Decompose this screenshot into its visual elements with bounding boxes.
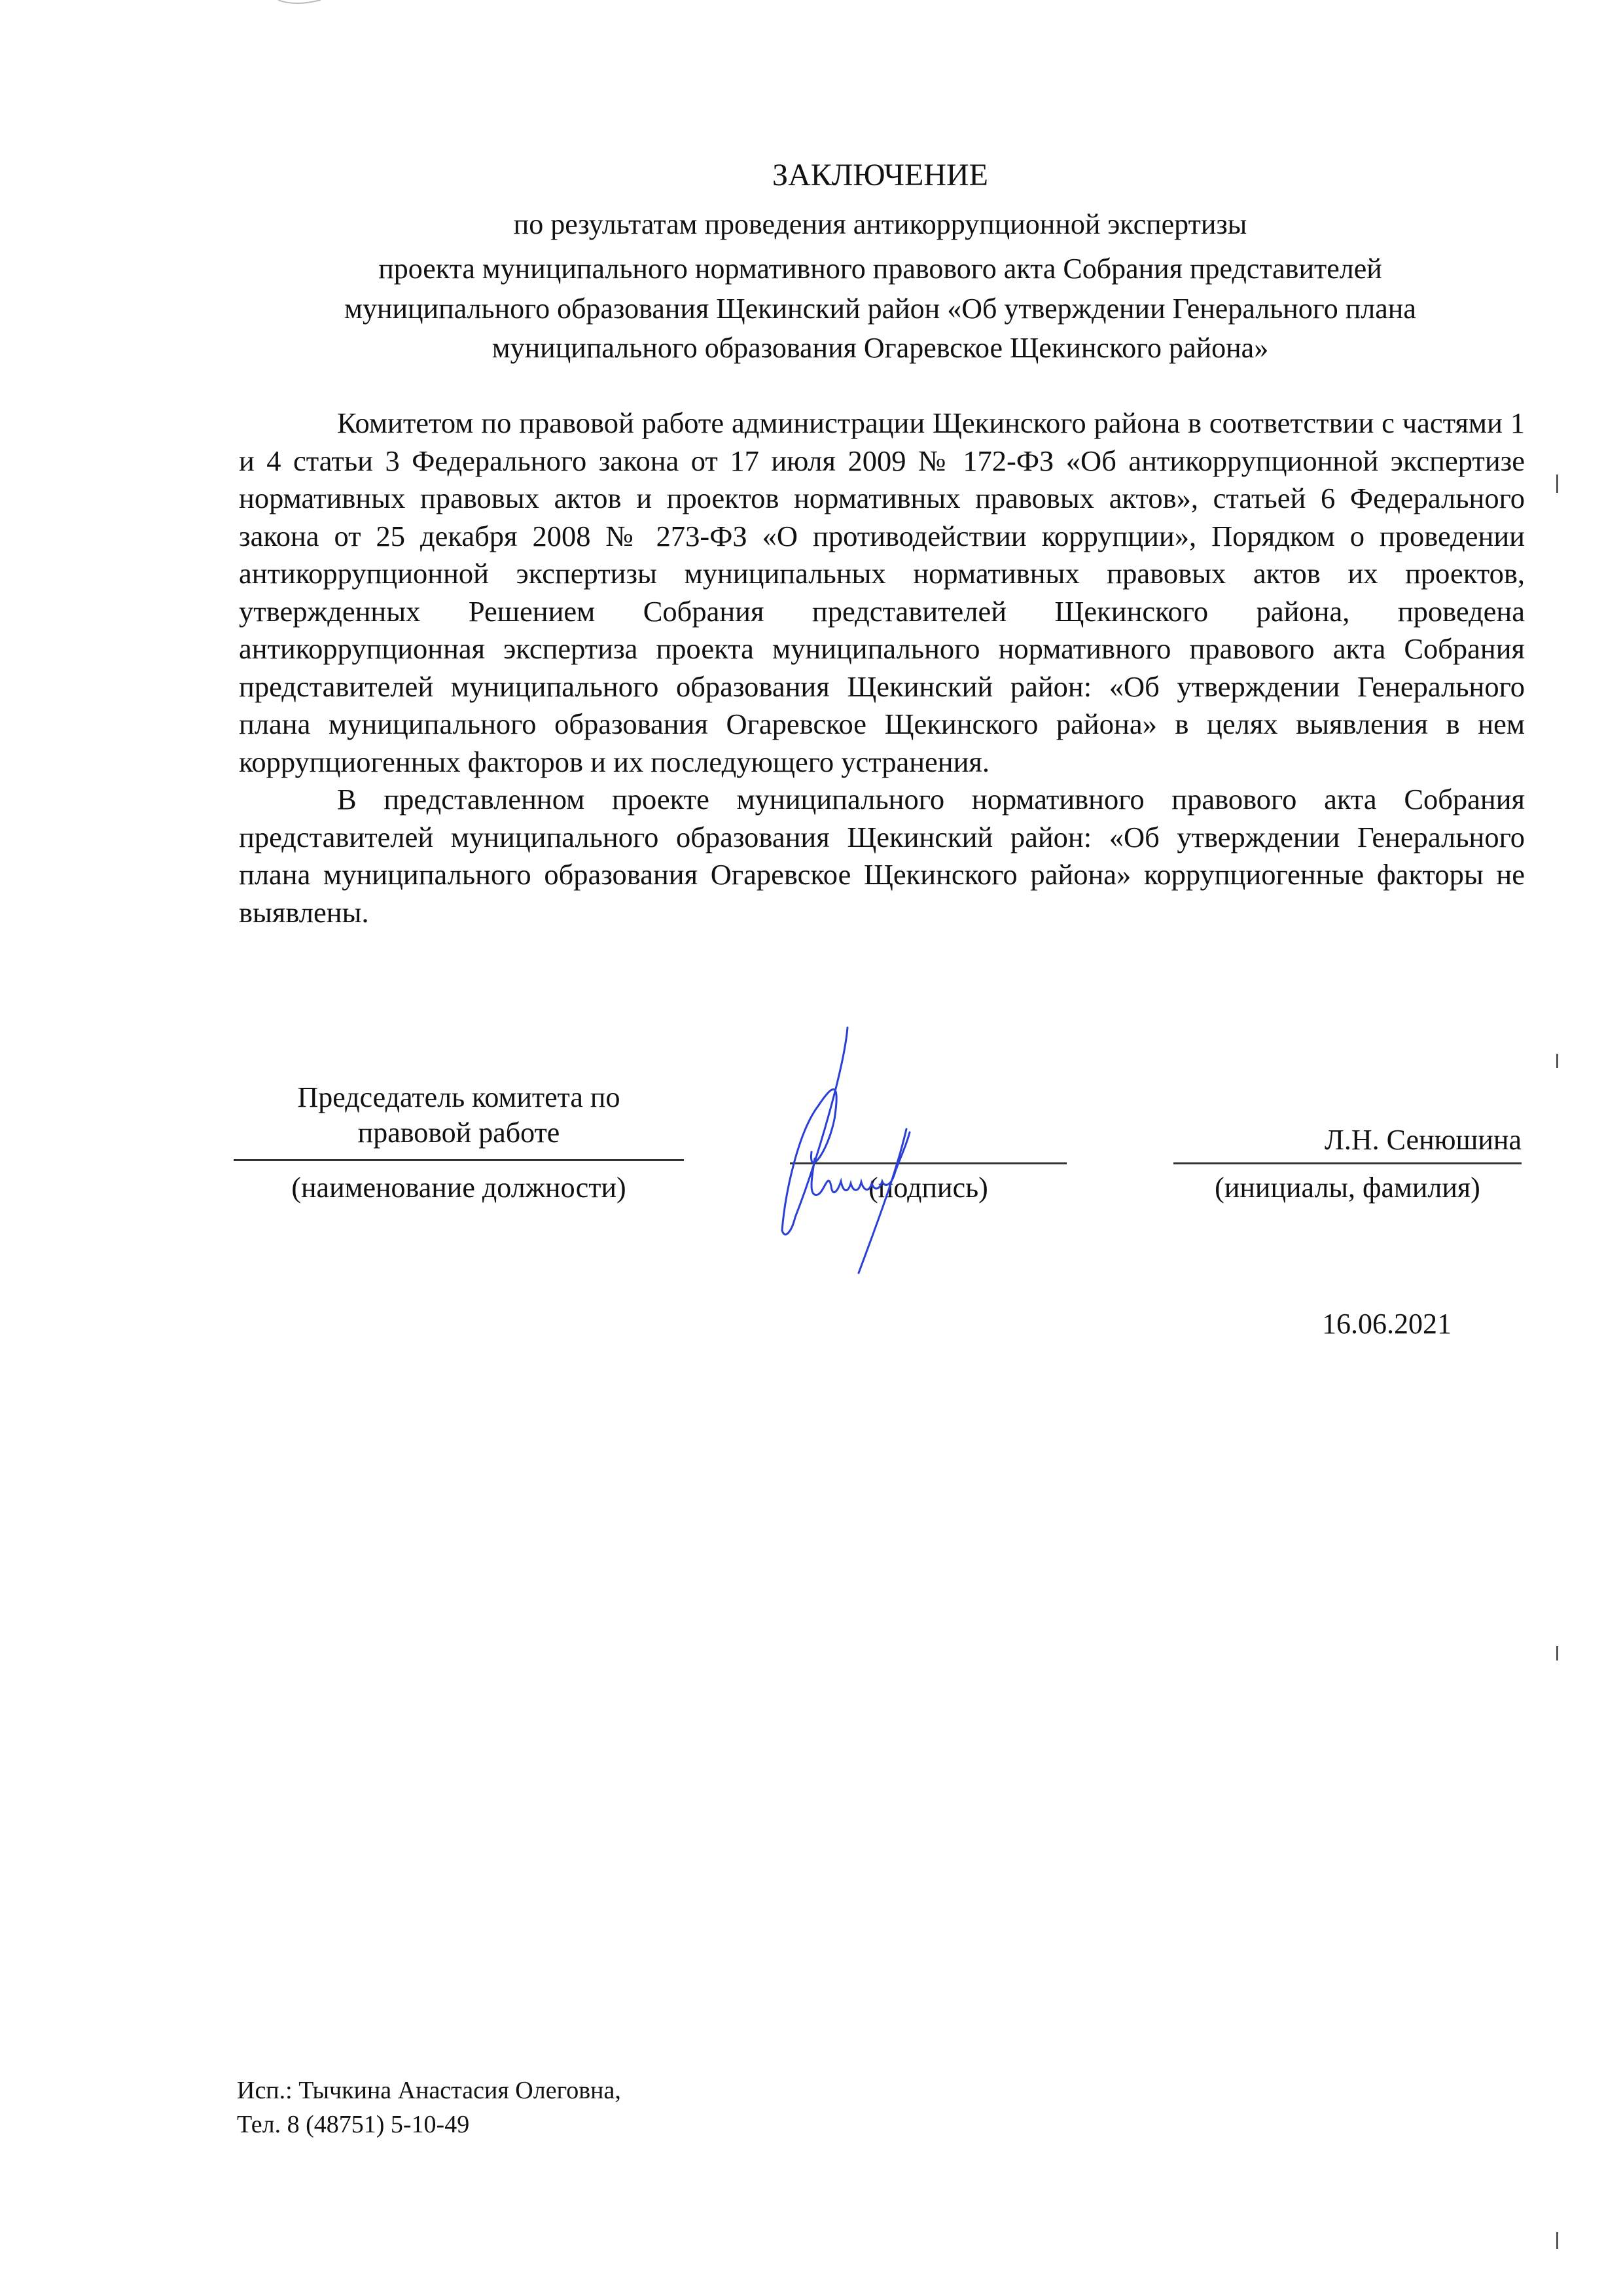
scan-mark (1556, 475, 1558, 493)
subtitle-line-4: муниципального образования Огаревское Ще… (0, 330, 1623, 367)
scan-mark (1556, 1054, 1558, 1068)
position-title: Председатель комитета по правовой работе (234, 1080, 684, 1151)
subtitle-line-2: проекта муниципального нормативного прав… (0, 251, 1623, 287)
subtitle-line-3: муниципального образования Щекинский рай… (0, 291, 1623, 327)
name-underline (1173, 1162, 1522, 1164)
executor-phone: Тел. 8 (48751) 5-10-49 (237, 2108, 621, 2142)
name-caption: (инициалы, фамилия) (1173, 1172, 1522, 1204)
document-title: ЗАКЛЮЧЕНИЕ (0, 157, 1623, 194)
executor-info: Исп.: Тычкина Анастасия Олеговна, Тел. 8… (237, 2073, 621, 2142)
scan-mark (1556, 1646, 1558, 1660)
position-underline (234, 1159, 684, 1161)
paragraph-2: В представленном проекте муниципального … (239, 781, 1525, 931)
paragraph-1: Комитетом по правовой работе администрац… (239, 404, 1525, 781)
position-line-2: правовой работе (234, 1115, 684, 1151)
handwritten-signature (720, 1014, 916, 1276)
subtitle-line-1: по результатам проведения антикоррупцион… (0, 206, 1623, 243)
document-body: Комитетом по правовой работе администрац… (239, 404, 1525, 931)
document-date: 16.06.2021 (1322, 1308, 1452, 1340)
scan-artifact (275, 0, 327, 8)
signer-name: Л.Н. Сенюшина (1173, 1122, 1522, 1158)
position-caption: (наименование должности) (234, 1172, 684, 1204)
scan-mark (1556, 2232, 1558, 2249)
position-line-1: Председатель комитета по (234, 1080, 684, 1115)
executor-name: Исп.: Тычкина Анастасия Олеговна, (237, 2073, 621, 2108)
